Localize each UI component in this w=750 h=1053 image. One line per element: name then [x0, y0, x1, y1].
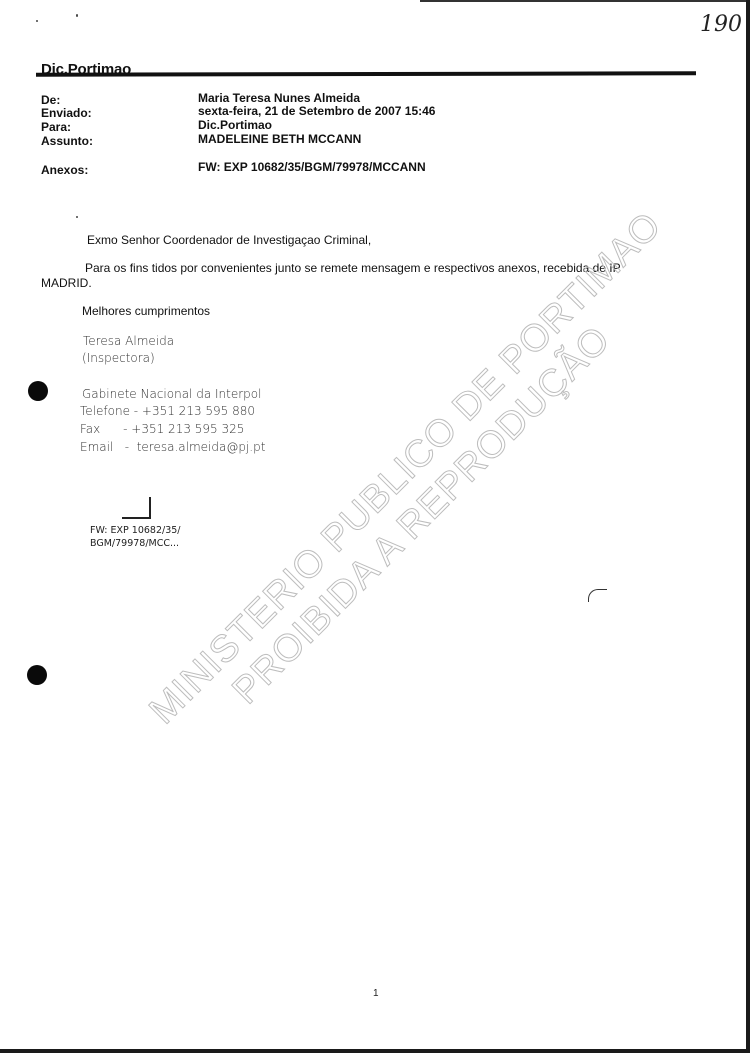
attachment-label[interactable]: FW: EXP 10682/35/ BGM/79978/MCC...: [90, 524, 181, 550]
watermark-line1: MINISTERIO PUBLICO DE PORTIMAO: [142, 204, 671, 733]
handwritten-page-number: 190: [700, 12, 742, 37]
header-value-sent: sexta-feira, 21 de Setembro de 2007 15:4…: [198, 105, 435, 118]
salutation: Exmo Senhor Coordenador de Investigaçao …: [87, 233, 371, 247]
punch-hole: [27, 665, 47, 685]
watermark-line2: PROIBIDA A REPRODUÇÃO: [225, 318, 620, 713]
attachment-label-line2: BGM/79978/MCC...: [90, 537, 181, 550]
signature-email: Email - teresa.almeida@pj.pt: [80, 440, 265, 454]
title-divider: [36, 71, 696, 76]
punch-hole: [28, 381, 48, 401]
pen-mark: [588, 589, 607, 602]
signature-phone: Telefone - +351 213 595 880: [80, 404, 255, 418]
header-value-to: Dic.Portimao: [198, 119, 272, 132]
closing: Melhores cumprimentos: [82, 304, 210, 318]
header-value-subject: MADELEINE BETH MCCANN: [198, 133, 361, 146]
header-label-attachments: Anexos:: [41, 164, 88, 177]
attachment-label-line1: FW: EXP 10682/35/: [90, 524, 181, 537]
signature-name: Teresa Almeida: [83, 334, 174, 348]
body-paragraph-line2: MADRID.: [41, 276, 92, 290]
header-label-subject: Assunto:: [41, 135, 93, 148]
scan-edge-top: [420, 0, 750, 2]
scan-edge-bottom: [0, 1049, 750, 1053]
header-label-sent: Enviado:: [41, 107, 92, 120]
footer-page-number: 1: [373, 988, 379, 999]
attachment-icon[interactable]: [122, 497, 151, 519]
scan-edge-right: [746, 0, 750, 1053]
signature-office: Gabinete Nacional da Interpol: [82, 387, 261, 401]
signature-fax: Fax - +351 213 595 325: [80, 422, 244, 436]
scan-speck: [36, 20, 38, 22]
scan-speck: [76, 216, 78, 218]
header-label-to: Para:: [41, 121, 71, 134]
signature-role: (Inspectora): [82, 351, 155, 365]
body-paragraph-line1: Para os fins tidos por convenientes junt…: [85, 261, 621, 275]
scan-speck: [76, 14, 78, 17]
header-value-attachments: FW: EXP 10682/35/BGM/79978/MCCANN: [198, 161, 426, 174]
